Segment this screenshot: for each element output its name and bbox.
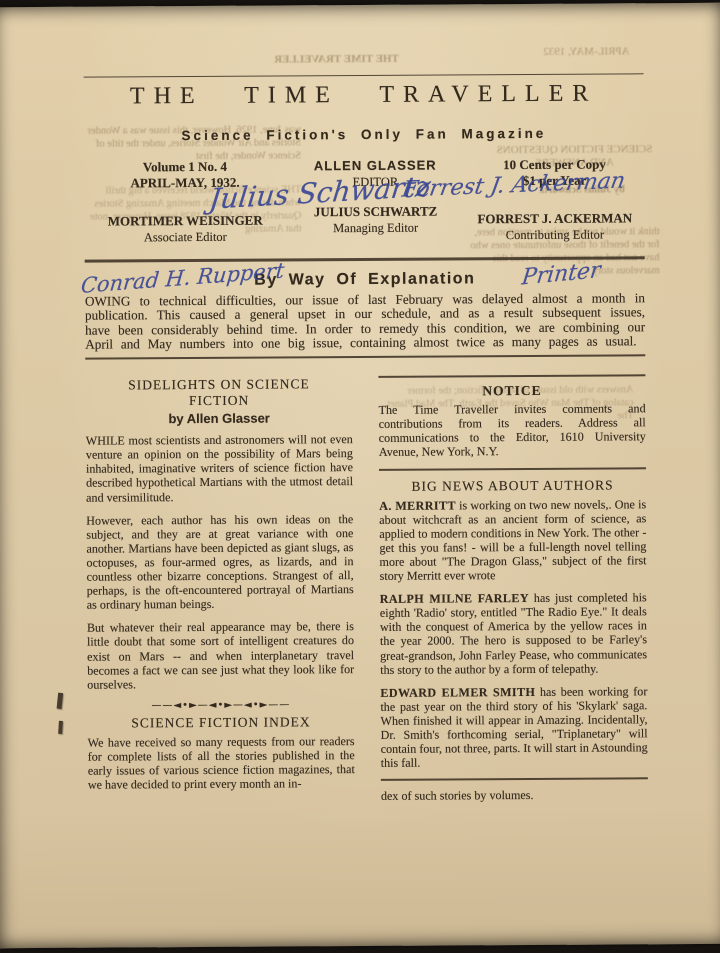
continuation-rule	[381, 778, 648, 782]
page-subtitle: Science Fiction's Only Fan Magazine	[84, 125, 644, 143]
article-columns: SIDELIGHTS ON SCIENCE FICTION by Allen G…	[85, 372, 648, 814]
author-name: A. MERRITT	[379, 498, 456, 512]
sidelights-heading: SIDELIGHTS ON SCIENCE FICTION	[85, 376, 352, 410]
header-rule	[84, 73, 644, 77]
editor-name: ALLEN GLASSER	[286, 157, 465, 174]
explanation-header: Conrad H. Ruppert By Way Of Explanation …	[85, 269, 645, 290]
contributing-editor-title: Contributing Editor	[465, 226, 644, 243]
right-column: NOTICE The Time Traveller invites commen…	[378, 372, 648, 812]
explanation-heading: By Way Of Explanation	[254, 270, 475, 289]
masthead-rule	[85, 256, 645, 262]
author-name: RALPH MILNE FARLEY	[380, 591, 529, 606]
staple-mark	[58, 721, 63, 734]
page-title: THE TIME TRAVELLER	[84, 80, 644, 110]
author-name: EDWARD ELMER SMITH	[380, 685, 535, 700]
index-paragraph: We have received so many requests from o…	[88, 734, 355, 792]
sidelights-heading-line2: FICTION	[189, 393, 249, 408]
sidelights-paragraph: WHILE most scientists and astronomers wi…	[86, 432, 353, 504]
sidelights-paragraph: However, each author has his own ideas o…	[86, 512, 354, 612]
notice-bottom-rule	[379, 467, 646, 471]
notice-top-rule	[378, 374, 645, 378]
index-continuation: dex of such stories by volumes.	[381, 788, 648, 804]
left-column: SIDELIGHTS ON SCIENCE FICTION by Allen G…	[85, 374, 355, 814]
sidelights-byline: by Allen Glasser	[86, 410, 353, 427]
associate-editor-title: Associate Editor	[84, 228, 286, 245]
masthead-price: 10 Cents per Copy $1 per Year FORREST J.…	[465, 156, 645, 243]
notice-heading: NOTICE	[378, 382, 645, 400]
price-per-year: $1 per Year	[465, 172, 644, 189]
notice-paragraph: The Time Traveller invites comments and …	[379, 401, 646, 459]
issue-date: APRIL-MAY, 1932.	[84, 174, 286, 191]
divider-ornament: ——◄•►—◄•►—◄•►——	[87, 699, 354, 712]
staple-mark	[57, 693, 64, 709]
masthead: Volume 1 No. 4 APRIL-MAY, 1932. MORTIMER…	[84, 156, 645, 245]
editor-title: EDITOR	[286, 173, 465, 190]
volume-number: Volume 1 No. 4	[84, 158, 286, 175]
big-news-paragraph: RALPH MILNE FARLEY has just completed hi…	[380, 590, 648, 676]
scanned-fanzine-page: { "page": { "title": "THE TIME TRAVELLER…	[0, 0, 720, 953]
sidelights-paragraph: But whatever their real appearance may b…	[87, 619, 354, 691]
big-news-heading: BIG NEWS ABOUT AUTHORS	[379, 477, 646, 495]
handwritten-printer-label: Printer	[521, 258, 603, 291]
contributing-editor-name: FORREST J. ACKERMAN	[465, 210, 644, 227]
explanation-rule	[85, 354, 645, 359]
price-per-copy: 10 Cents per Copy	[465, 156, 644, 173]
masthead-editor: ALLEN GLASSER EDITOR JULIUS SCHWARTZ Man…	[286, 157, 466, 244]
paper-sheet: THE TIME TRAVELLER APRIL-MAY, 1932 SCIEN…	[0, 3, 720, 948]
index-heading: SCIENCE FICTION INDEX	[87, 714, 354, 732]
managing-editor-title: Managing Editor	[286, 219, 465, 236]
managing-editor-name: JULIUS SCHWARTZ	[286, 203, 465, 220]
associate-editor-name: MORTIMER WEISINGER	[84, 212, 286, 229]
big-news-paragraph: A. MERRITT is working on two new novels,…	[379, 497, 647, 583]
masthead-volume-date: Volume 1 No. 4 APRIL-MAY, 1932. MORTIMER…	[84, 158, 286, 245]
explanation-body: OWING to technical difficulties, our iss…	[85, 291, 645, 352]
big-news-paragraph: EDWARD ELMER SMITH has been working for …	[380, 684, 648, 770]
sidelights-heading-line1: SIDELIGHTS ON SCIENCE	[128, 376, 310, 392]
